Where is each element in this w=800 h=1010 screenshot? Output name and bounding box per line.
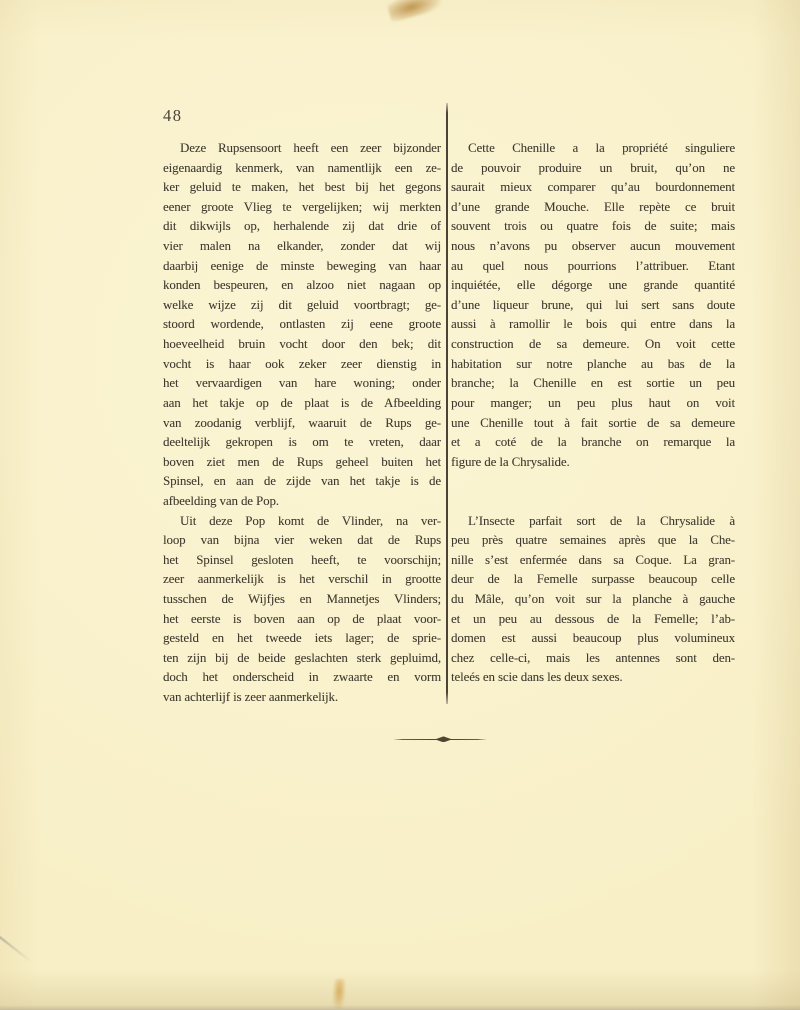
text-line: gesteld en het tweede iets lager; de spr… (163, 629, 441, 649)
text-line: L’Insecte parfait sort de la Chrysalide … (451, 512, 735, 532)
text-line: teleés en scie dans les deux sexes. (451, 668, 735, 688)
text-line: une Chenille tout à fait sortie de sa de… (451, 414, 735, 434)
paragraph-right-1: Cette Chenille a la propriété singuliere… (451, 139, 735, 472)
text-line: saurait mieux comparer qu’au bourdonneme… (451, 178, 735, 198)
text-line: chez celle-ci, mais les antennes sont de… (451, 649, 735, 669)
text-line: aussi à ramollir le bois qui entre dans … (451, 315, 735, 335)
text-line: boven ziet men de Rups geheel buiten het (163, 453, 441, 473)
text-line: branche; la Chenille en est sortie un pe… (451, 374, 735, 394)
text-line: d’une liqueur brune, qui lui sert sans d… (451, 296, 735, 316)
text-line: van zoodanig verblijf, waaruit de Rups g… (163, 414, 441, 434)
paragraph-right-2: L’Insecte parfait sort de la Chrysalide … (451, 512, 735, 688)
text-line: zeer aanmerkelijk is het verschil in gro… (163, 570, 441, 590)
text-line: vier malen na elkander, zonder dat wij (163, 237, 441, 257)
text-line: nous n’avons pu observer aucun mouvement (451, 237, 735, 257)
text-line: au quel nous pourrions l’attribuer. Etan… (451, 257, 735, 277)
text-line: loop van bijna vier weken dat de Rups (163, 531, 441, 551)
text-line: pour manger; un peu plus haut on voit (451, 394, 735, 414)
column-divider-rule (446, 103, 448, 704)
text-line: ker geluid te maken, het best bij het ge… (163, 178, 441, 198)
text-line: afbeelding van de Pop. (163, 492, 441, 512)
text-line: stoord wordende, ontlasten zij eene groo… (163, 315, 441, 335)
text-line: het vervaardigen van hare woning; onder (163, 374, 441, 394)
text-line: het Spinsel gesloten heeft, te voorschij… (163, 551, 441, 571)
text-line: construction de sa demeure. On voit cett… (451, 335, 735, 355)
text-line: habitation sur notre planche au bas de l… (451, 355, 735, 375)
text-line: konden bespeuren, en alzoo niet nagaan o… (163, 276, 441, 296)
text-line: welke wijze zij dit geluid voortbragt; g… (163, 296, 441, 316)
text-line: hoeveelheid bruin vocht door den bek; di… (163, 335, 441, 355)
text-line: dit dikwijls op, herhalende zij dat drie… (163, 217, 441, 237)
text-line: eigenaardig kenmerk, van namentlijk een … (163, 159, 441, 179)
text-line: nille s’est enfermée dans sa Coque. La g… (451, 551, 735, 571)
book-page: 48 Deze Rupsensoort heeft een zeer bijzo… (0, 0, 800, 1010)
text-line: ten zijn bij de beide geslachten sterk g… (163, 649, 441, 669)
text-line: du Mâle, qu’on voit sur la planche à gau… (451, 590, 735, 610)
text-line: tusschen de Wijfjes en Mannetjes Vlinder… (163, 590, 441, 610)
column-french-text: Cette Chenille a la propriété singuliere… (451, 139, 735, 688)
end-ornament-rule (393, 735, 487, 744)
paragraph-left-2: Uit deze Pop komt de Vlinder, na ver-loo… (163, 512, 441, 708)
text-line: souvent trois ou quatre fois de suite; m… (451, 217, 735, 237)
text-line: peu près quatre semaines après que la Ch… (451, 531, 735, 551)
paragraph-left-1: Deze Rupsensoort heeft een zeer bijzonde… (163, 139, 441, 512)
paper-scratch-mark (0, 935, 32, 962)
page-number: 48 (163, 106, 183, 126)
text-line: aan het takje op de plaat is de Afbeeldi… (163, 394, 441, 414)
text-line: deeltelijk gekropen is om te vreten, daa… (163, 433, 441, 453)
text-line: het eerste is boven aan op de plaat voor… (163, 610, 441, 630)
text-line: deur de la Femelle surpasse beaucoup cel… (451, 570, 735, 590)
text-line: eener groote Vlieg te vergelijken; wij m… (163, 198, 441, 218)
text-line: domen est aussi beaucoup plus volumineux (451, 629, 735, 649)
rule-diamond-ornament (435, 736, 452, 742)
column-dutch-text: Deze Rupsensoort heeft een zeer bijzonde… (163, 139, 441, 708)
text-line: figure de la Chrysalide. (451, 453, 735, 473)
text-line: doch het onderscheid in zwaarte en vorm (163, 668, 441, 688)
text-line: van achterlijf is zeer aanmerkelijk. (163, 688, 441, 708)
text-line: d’une grande Mouche. Elle repète ce brui… (451, 198, 735, 218)
ink-smudge-bottom (332, 979, 346, 1010)
text-line: Uit deze Pop komt de Vlinder, na ver- (163, 512, 441, 532)
text-line: Cette Chenille a la propriété singuliere (451, 139, 735, 159)
text-line: et a coté de la branche on remarque la (451, 433, 735, 453)
text-line: vocht is haar ook zeker zeer dienstig in (163, 355, 441, 375)
text-line: inquiétée, elle dégorge une grande quant… (451, 276, 735, 296)
text-line: de pouvoir produire un bruit, qu’on ne (451, 159, 735, 179)
text-line: Spinsel, en aan de zijde van het takje i… (163, 472, 441, 492)
text-line: Deze Rupsensoort heeft een zeer bijzonde… (163, 139, 441, 159)
text-line: et un peu au dessous de la Femelle; l’ab… (451, 610, 735, 630)
text-line: daarbij eenige de minste beweging van ha… (163, 257, 441, 277)
ink-smudge-top (386, 0, 444, 23)
